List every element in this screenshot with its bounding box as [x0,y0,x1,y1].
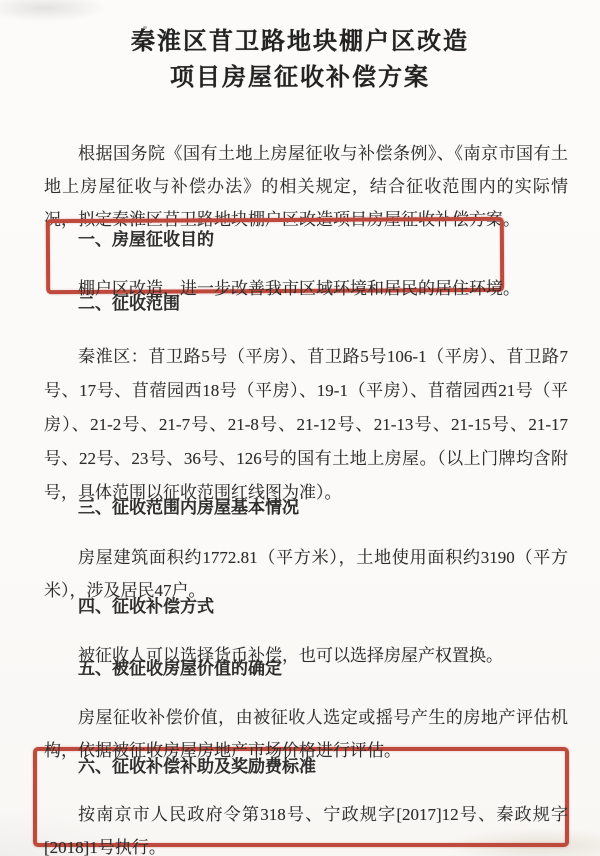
page-title-line-1: 秦淮区苜卫路地块棚户区改造 [0,24,600,60]
section-6-body: 按南京市人民政府令第318号、宁政规字[2017]12号、秦政规字[2018]1… [44,798,568,856]
section-4-heading: 四、征收补偿方式 [44,590,568,623]
page-title: 秦淮区苜卫路地块棚户区改造 项目房屋征收补偿方案 [0,24,600,96]
section-2-heading: 二、征收范围 [44,287,568,320]
section-3-heading: 三、征收范围内房屋基本情况 [44,491,568,524]
section-6-heading: 六、征收补偿补助及奖励费标准 [44,750,568,783]
section-1-heading: 一、房屋征收目的 [44,223,568,256]
intro-paragraph: 根据国务院《国有土地上房屋征收与补偿条例》、《南京市国有土地上房屋征收与补偿办法… [44,137,568,236]
section-5-heading: 五、被征收房屋价值的确定 [44,652,568,685]
page-title-line-2: 项目房屋征收补偿方案 [0,60,600,96]
section-2-body: 秦淮区：苜卫路5号（平房）、苜卫路5号106-1（平房）、苜卫路7号、17号、苜… [44,340,568,510]
document-page: 秦淮区苜卫路地块棚户区改造 项目房屋征收补偿方案 根据国务院《国有土地上房屋征收… [0,0,600,856]
